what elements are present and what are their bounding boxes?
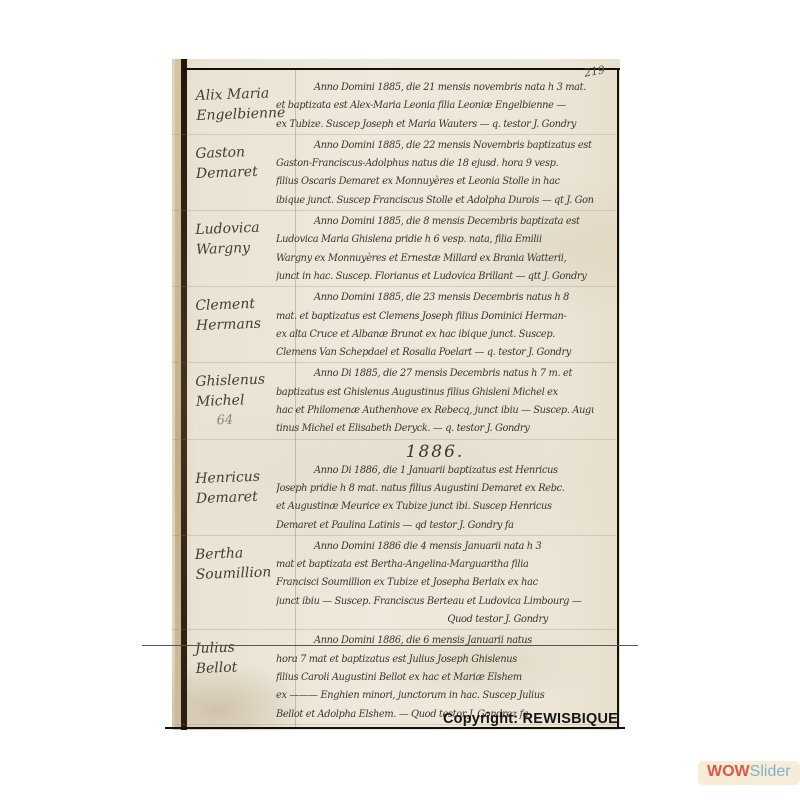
page-bottom-border bbox=[165, 727, 625, 729]
entry-line: mat et baptizata est Bertha-Angelina-Mar… bbox=[276, 556, 594, 574]
entry-line: Demaret et Paulina Latinis — qd testor J… bbox=[276, 517, 594, 535]
register-entry: GhislenusMichel64Anno Di 1885, die 27 me… bbox=[172, 365, 616, 439]
entry-line: Anno Domini 1886, die 6 mensis Januarii … bbox=[276, 632, 594, 650]
register-entry: LudovicaWargnyAnno Domini 1885, die 8 me… bbox=[172, 213, 616, 287]
copyright-watermark: Copyright: REWISBIQUE bbox=[443, 711, 618, 727]
entry-line: Clemens Van Schepdael et Rosalia Poelart… bbox=[276, 344, 594, 362]
entry-text: Anno Di 1885, die 27 mensis Decembris na… bbox=[276, 365, 594, 438]
margin-name: BerthaSoumillion bbox=[170, 536, 277, 631]
register-entry: ClementHermansAnno Domini 1885, die 23 m… bbox=[172, 289, 616, 363]
wowslider-watermark[interactable]: WOWSlider bbox=[698, 761, 800, 785]
entry-line: Anno Domini 1885, die 21 mensis novembri… bbox=[276, 79, 594, 97]
register-entry: HenricusDemaretAnno Di 1886, die 1 Janua… bbox=[172, 462, 616, 536]
entry-line: tinus Michel et Elisabeth Deryck. — q. t… bbox=[276, 420, 594, 438]
margin-name: GastonDemaret bbox=[171, 135, 277, 212]
entry-line: filius Oscaris Demaret ex Monnuyères et … bbox=[276, 173, 594, 191]
margin-name: LudovicaWargny bbox=[171, 211, 277, 288]
entry-line: Anno Di 1886, die 1 Januarii baptizatus … bbox=[276, 462, 594, 480]
margin-note: 64 bbox=[196, 410, 277, 433]
wowslider-wow-text: WOW bbox=[707, 763, 750, 780]
entry-line: ibique junct. Suscep Franciscus Stolle e… bbox=[276, 192, 594, 210]
entry-line: Joseph pridie h 8 mat. natus filius Augu… bbox=[276, 480, 594, 498]
year-header: 1886. bbox=[276, 442, 594, 462]
entry-line: et baptizata est Alex-Maria Leonia filia… bbox=[276, 97, 594, 115]
wowslider-slider-text: Slider bbox=[750, 763, 791, 780]
entry-text: Anno Domini 1885, die 22 mensis Novembri… bbox=[276, 137, 594, 210]
entry-line: Anno Domini 1886 die 4 mensis Januarii n… bbox=[276, 538, 594, 556]
entry-line: Quod testor J. Gondry bbox=[276, 611, 594, 629]
entry-text: Anno Domini 1886 die 4 mensis Januarii n… bbox=[276, 538, 594, 629]
entry-line: filius Caroli Augustini Bellot ex hac et… bbox=[276, 669, 594, 687]
entry-line: baptizatus est Ghislenus Augustinus fili… bbox=[276, 384, 594, 402]
entry-text: Anno Domini 1885, die 23 mensis Decembri… bbox=[276, 289, 594, 362]
page-right-border bbox=[617, 68, 619, 728]
entry-line: et Augustinæ Meurice ex Tubize junct ibi… bbox=[276, 498, 594, 516]
entry-line: junct in hac. Suscep. Florianus et Ludov… bbox=[276, 268, 594, 286]
entry-line: Anno Domini 1885, die 22 mensis Novembri… bbox=[276, 137, 594, 155]
entry-line: hora 7 mat et baptizatus est Julius Jose… bbox=[276, 651, 594, 669]
fold-line-artifact bbox=[142, 645, 638, 646]
register-entry: GastonDemaretAnno Domini 1885, die 22 me… bbox=[172, 137, 616, 211]
entry-line: Gaston-Franciscus-Adolphus natus die 18 … bbox=[276, 155, 594, 173]
register-scan-photo[interactable]: 219 Alix MariaEngelbienneAnno Domini 188… bbox=[172, 59, 620, 730]
margin-name: GhislenusMichel64 bbox=[171, 364, 277, 441]
entry-line: junct ibiu — Suscep. Franciscus Berteau … bbox=[276, 593, 594, 611]
entry-line: ex ——— Enghien minori, junctorum in hac.… bbox=[276, 687, 594, 705]
entry-line: Anno Di 1885, die 27 mensis Decembris na… bbox=[276, 365, 594, 383]
entry-line: Ludovica Maria Ghislena pridie h 6 vesp.… bbox=[276, 231, 594, 249]
entry-line: Wargny ex Monnuyères et Ernestæ Millard … bbox=[276, 250, 594, 268]
register-entry: Alix MariaEngelbienneAnno Domini 1885, d… bbox=[172, 79, 616, 135]
register-entries: Alix MariaEngelbienneAnno Domini 1885, d… bbox=[172, 70, 616, 727]
entry-line: mat. et baptizatus est Clemens Joseph fi… bbox=[276, 308, 594, 326]
entry-line: ex alta Cruce et Albanæ Brunot ex hac ib… bbox=[276, 326, 594, 344]
margin-name: Alix MariaEngelbienne bbox=[171, 77, 277, 135]
register-entry: BerthaSoumillionAnno Domini 1886 die 4 m… bbox=[172, 538, 616, 630]
entry-text: Anno Domini 1885, die 8 mensis Decembris… bbox=[276, 213, 594, 286]
entry-line: Anno Domini 1885, die 23 mensis Decembri… bbox=[276, 289, 594, 307]
margin-name: HenricusDemaret bbox=[171, 460, 277, 537]
entry-text: Anno Di 1886, die 1 Januarii baptizatus … bbox=[276, 462, 594, 535]
entry-line: hac et Philomenæ Authenhove ex Rebecq, j… bbox=[276, 402, 594, 420]
entry-line: ex Tubize. Suscep Joseph et Maria Wauter… bbox=[276, 116, 594, 134]
entry-line: Anno Domini 1885, die 8 mensis Decembris… bbox=[276, 213, 594, 231]
entry-line: Francisci Soumillion ex Tubize et Joseph… bbox=[276, 574, 594, 592]
entry-text: Anno Domini 1885, die 21 mensis novembri… bbox=[276, 79, 594, 134]
margin-name: ClementHermans bbox=[171, 287, 277, 364]
